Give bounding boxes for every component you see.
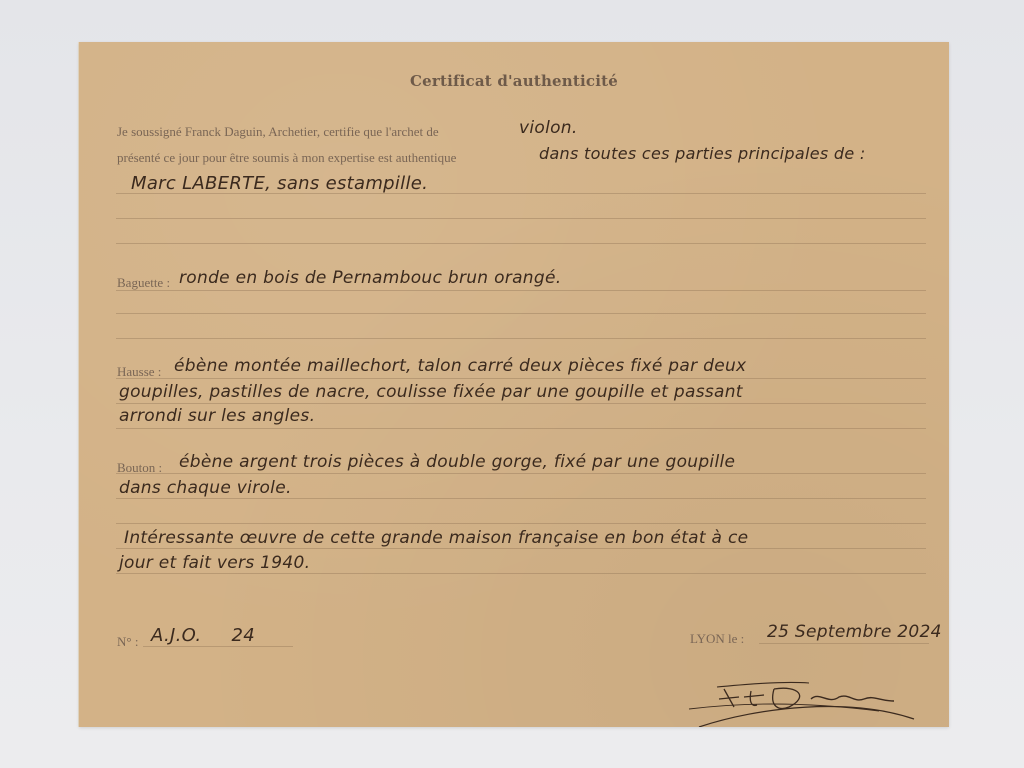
rule-line (116, 218, 926, 219)
signature-icon: F. Daguin (679, 667, 929, 727)
rule-line (116, 573, 926, 574)
bouton-handwritten-line2: dans chaque virole. (119, 478, 292, 498)
hausse-handwritten-line3: arrondi sur les angles. (119, 406, 315, 426)
baguette-handwritten: ronde en bois de Pernambouc brun orangé. (179, 268, 561, 288)
number-label: N° : (117, 634, 138, 650)
rule-line (116, 313, 926, 314)
comment-handwritten-line1: Intéressante œuvre de cette grande maiso… (124, 528, 748, 548)
rule-line (116, 193, 926, 194)
rule-line (116, 548, 926, 549)
baguette-label: Baguette : (117, 275, 170, 291)
hausse-handwritten-line2: goupilles, pastilles de nacre, coulisse … (119, 382, 743, 402)
certificate-title: Certificat d'authenticité (79, 72, 949, 90)
intro-line1-printed: Je soussigné Franck Daguin, Archetier, c… (117, 124, 439, 140)
rule-line (116, 498, 926, 499)
rule-line (116, 378, 926, 379)
maker-handwritten: Marc LABERTE, sans estampille. (131, 173, 428, 194)
certificate-number-handwritten: A.J.O. 24 (151, 625, 255, 646)
hausse-handwritten-line1: ébène montée maillechort, talon carré de… (174, 356, 746, 376)
rule-line (116, 290, 926, 291)
intro-line2-printed: présenté ce jour pour être soumis à mon … (117, 150, 456, 166)
certificate-paper: Certificat d'authenticité Je soussigné F… (79, 42, 949, 727)
date-handwritten: 25 Septembre 2024 (767, 622, 942, 642)
place-label: LYON le : (690, 631, 744, 647)
rule-line (116, 338, 926, 339)
bouton-handwritten-line1: ébène argent trois pièces à double gorge… (179, 452, 735, 472)
rule-line (143, 646, 293, 647)
rule-line (116, 428, 926, 429)
rule-line (759, 643, 929, 644)
authenticity-scope-handwritten: dans toutes ces parties principales de : (539, 144, 866, 163)
rule-line (116, 243, 926, 244)
rule-line (116, 403, 926, 404)
rule-line (116, 473, 926, 474)
rule-line (116, 523, 926, 524)
comment-handwritten-line2: jour et fait vers 1940. (119, 553, 310, 573)
instrument-handwritten: violon. (519, 118, 578, 138)
